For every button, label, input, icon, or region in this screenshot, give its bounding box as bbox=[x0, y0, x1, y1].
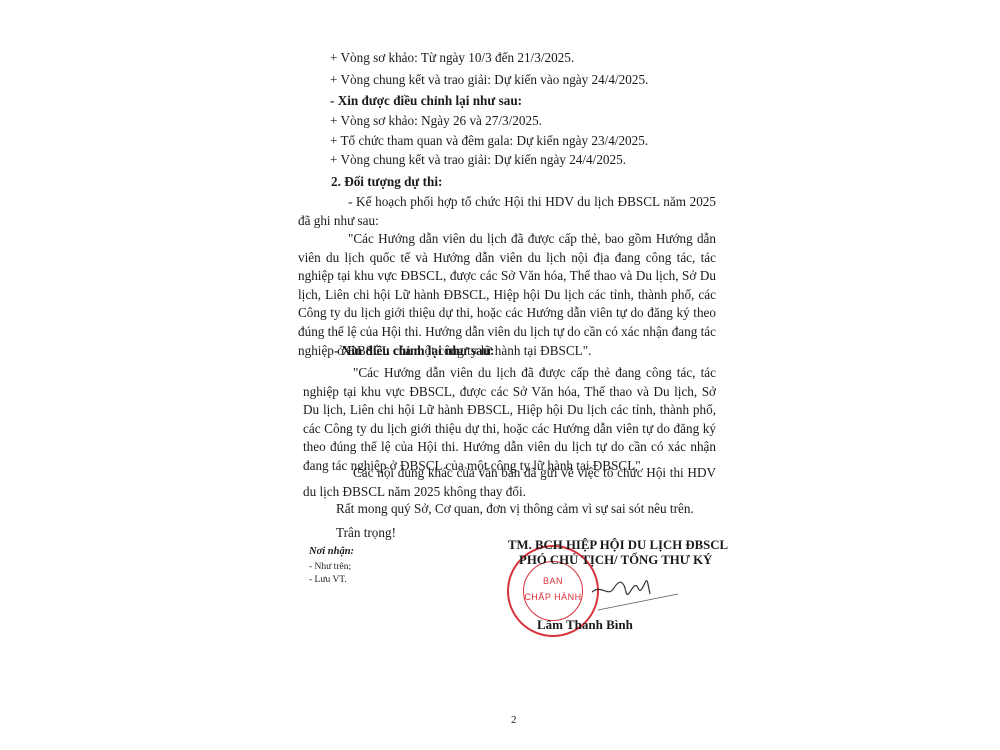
signature-position-line: PHÓ CHỦ TỊCH/ TỔNG THƯ KÝ bbox=[519, 553, 712, 568]
plan-intro-paragraph: - Kế hoạch phối hợp tổ chức Hội thi HDV … bbox=[298, 193, 716, 230]
schedule-line-preliminary-old: + Vòng sơ khảo: Từ ngày 10/3 đến 21/3/20… bbox=[330, 50, 574, 66]
adjust-heading-1: - Xin được điều chỉnh lại như sau: bbox=[330, 93, 522, 109]
original-quote-paragraph: "Các Hướng dẫn viên du lịch đã được cấp … bbox=[298, 230, 716, 360]
plan-intro-text: - Kế hoạch phối hợp tổ chức Hội thi HDV … bbox=[298, 194, 716, 228]
handwritten-signature-icon bbox=[590, 570, 680, 615]
recipient-item: - Lưu VT. bbox=[309, 574, 347, 586]
stamp-text-line-2: CHẤP HÀNH bbox=[509, 592, 597, 602]
adjust-heading-2: - Xin điều chỉnh lại như sau: bbox=[334, 343, 494, 359]
schedule-line-final-new: + Vòng chung kết và trao giải: Dự kiến n… bbox=[330, 152, 626, 168]
apology-line: Rất mong quý Sở, Cơ quan, đơn vị thông c… bbox=[336, 501, 694, 517]
section-2-heading: 2. Đối tượng dự thi: bbox=[331, 174, 442, 190]
other-content-paragraph: Các nội dung khác của văn bản đã gửi về … bbox=[303, 464, 716, 501]
schedule-line-gala-new: + Tổ chức tham quan và đêm gala: Dự kiến… bbox=[330, 133, 648, 149]
page-number: 2 bbox=[511, 714, 517, 726]
recipient-item: - Như trên; bbox=[309, 561, 351, 573]
signer-name: Lâm Thanh Bình bbox=[537, 617, 633, 633]
other-content-text: Các nội dung khác của văn bản đã gửi về … bbox=[303, 465, 716, 499]
closing-line: Trân trọng! bbox=[336, 525, 396, 541]
adjusted-quote-text: "Các Hướng dẫn viên du lịch đã được cấp … bbox=[303, 365, 716, 473]
schedule-line-preliminary-new: + Vòng sơ khảo: Ngày 26 và 27/3/2025. bbox=[330, 113, 542, 129]
stamp-inner-ring bbox=[523, 561, 583, 621]
signature-org-line: TM. BCH HIỆP HỘI DU LỊCH ĐBSCL bbox=[508, 538, 728, 553]
document-page: + Vòng sơ khảo: Từ ngày 10/3 đến 21/3/20… bbox=[0, 0, 1000, 750]
adjusted-quote-paragraph: "Các Hướng dẫn viên du lịch đã được cấp … bbox=[303, 364, 716, 476]
original-quote-text: "Các Hướng dẫn viên du lịch đã được cấp … bbox=[298, 231, 716, 358]
schedule-line-final-old: + Vòng chung kết và trao giải: Dự kiến v… bbox=[330, 72, 648, 88]
stamp-text-line-1: BAN bbox=[509, 576, 597, 586]
recipients-heading: Nơi nhận: bbox=[309, 546, 354, 558]
